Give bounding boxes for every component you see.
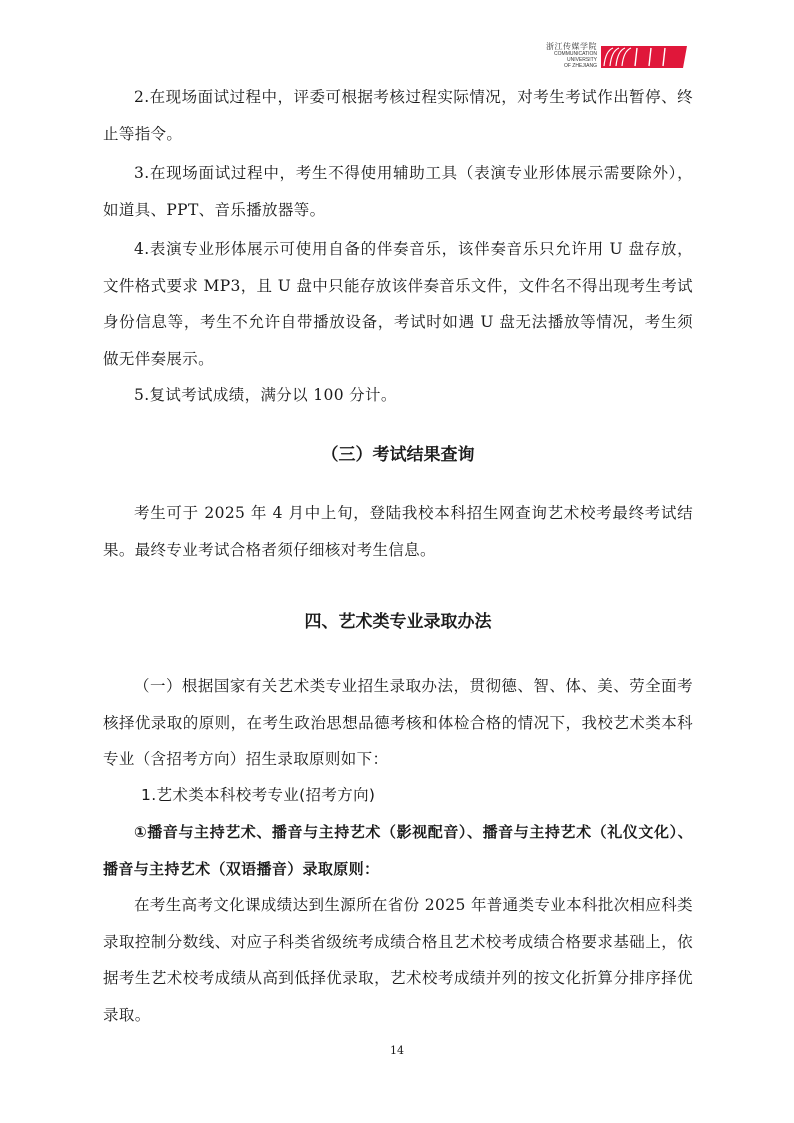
page-number: 14 [0,1044,794,1057]
paragraph-admission-intro: （一）根据国家有关艺术类专业招生录取办法，贯彻德、智、体、美、劳全面考核择优录取… [103,668,693,778]
section-heading-exam-results: （三）考试结果查询 [103,440,693,465]
chapter-heading-admission: 四、艺术类专业录取办法 [103,607,693,632]
paragraph-item-2: 2.在现场面试过程中，评委可根据考核过程实际情况，对考生考试作出暂停、终止等指令… [103,79,693,152]
subsection-heading-art-majors: 1.艺术类本科校考专业(招考方向) [103,777,693,814]
logo-chinese-name: 浙江传媒学院 [546,43,597,51]
paragraph-item-3: 3.在现场面试过程中，考生不得使用辅助工具（表演专业形体展示需要除外），如道具、… [103,155,693,228]
paragraph-broadcasting-rules: 在考生高考文化课成绩达到生源所在省份 2025 年普通类专业本科批次相应科类录取… [103,887,693,1033]
logo-graphic-icon [601,44,687,68]
university-logo: 浙江传媒学院 COMMUNICATION UNIVERSITY OF ZHEJI… [546,38,691,74]
paragraph-item-5: 5.复试考试成绩，满分以 100 分计。 [103,377,693,414]
logo-english-line3: OF ZHEJIANG [564,64,597,69]
item-heading-broadcasting: ①播音与主持艺术、播音与主持艺术（影视配音）、播音与主持艺术（礼仪文化）、播音与… [103,814,693,887]
paragraph-item-4: 4.表演专业形体展示可使用自备的伴奏音乐，该伴奏音乐只允许用 U 盘存放，文件格… [103,231,693,377]
logo-text: 浙江传媒学院 COMMUNICATION UNIVERSITY OF ZHEJI… [546,43,597,69]
paragraph-exam-results: 考生可于 2025 年 4 月中上旬，登陆我校本科招生网查询艺术校考最终考试结果… [103,495,693,568]
